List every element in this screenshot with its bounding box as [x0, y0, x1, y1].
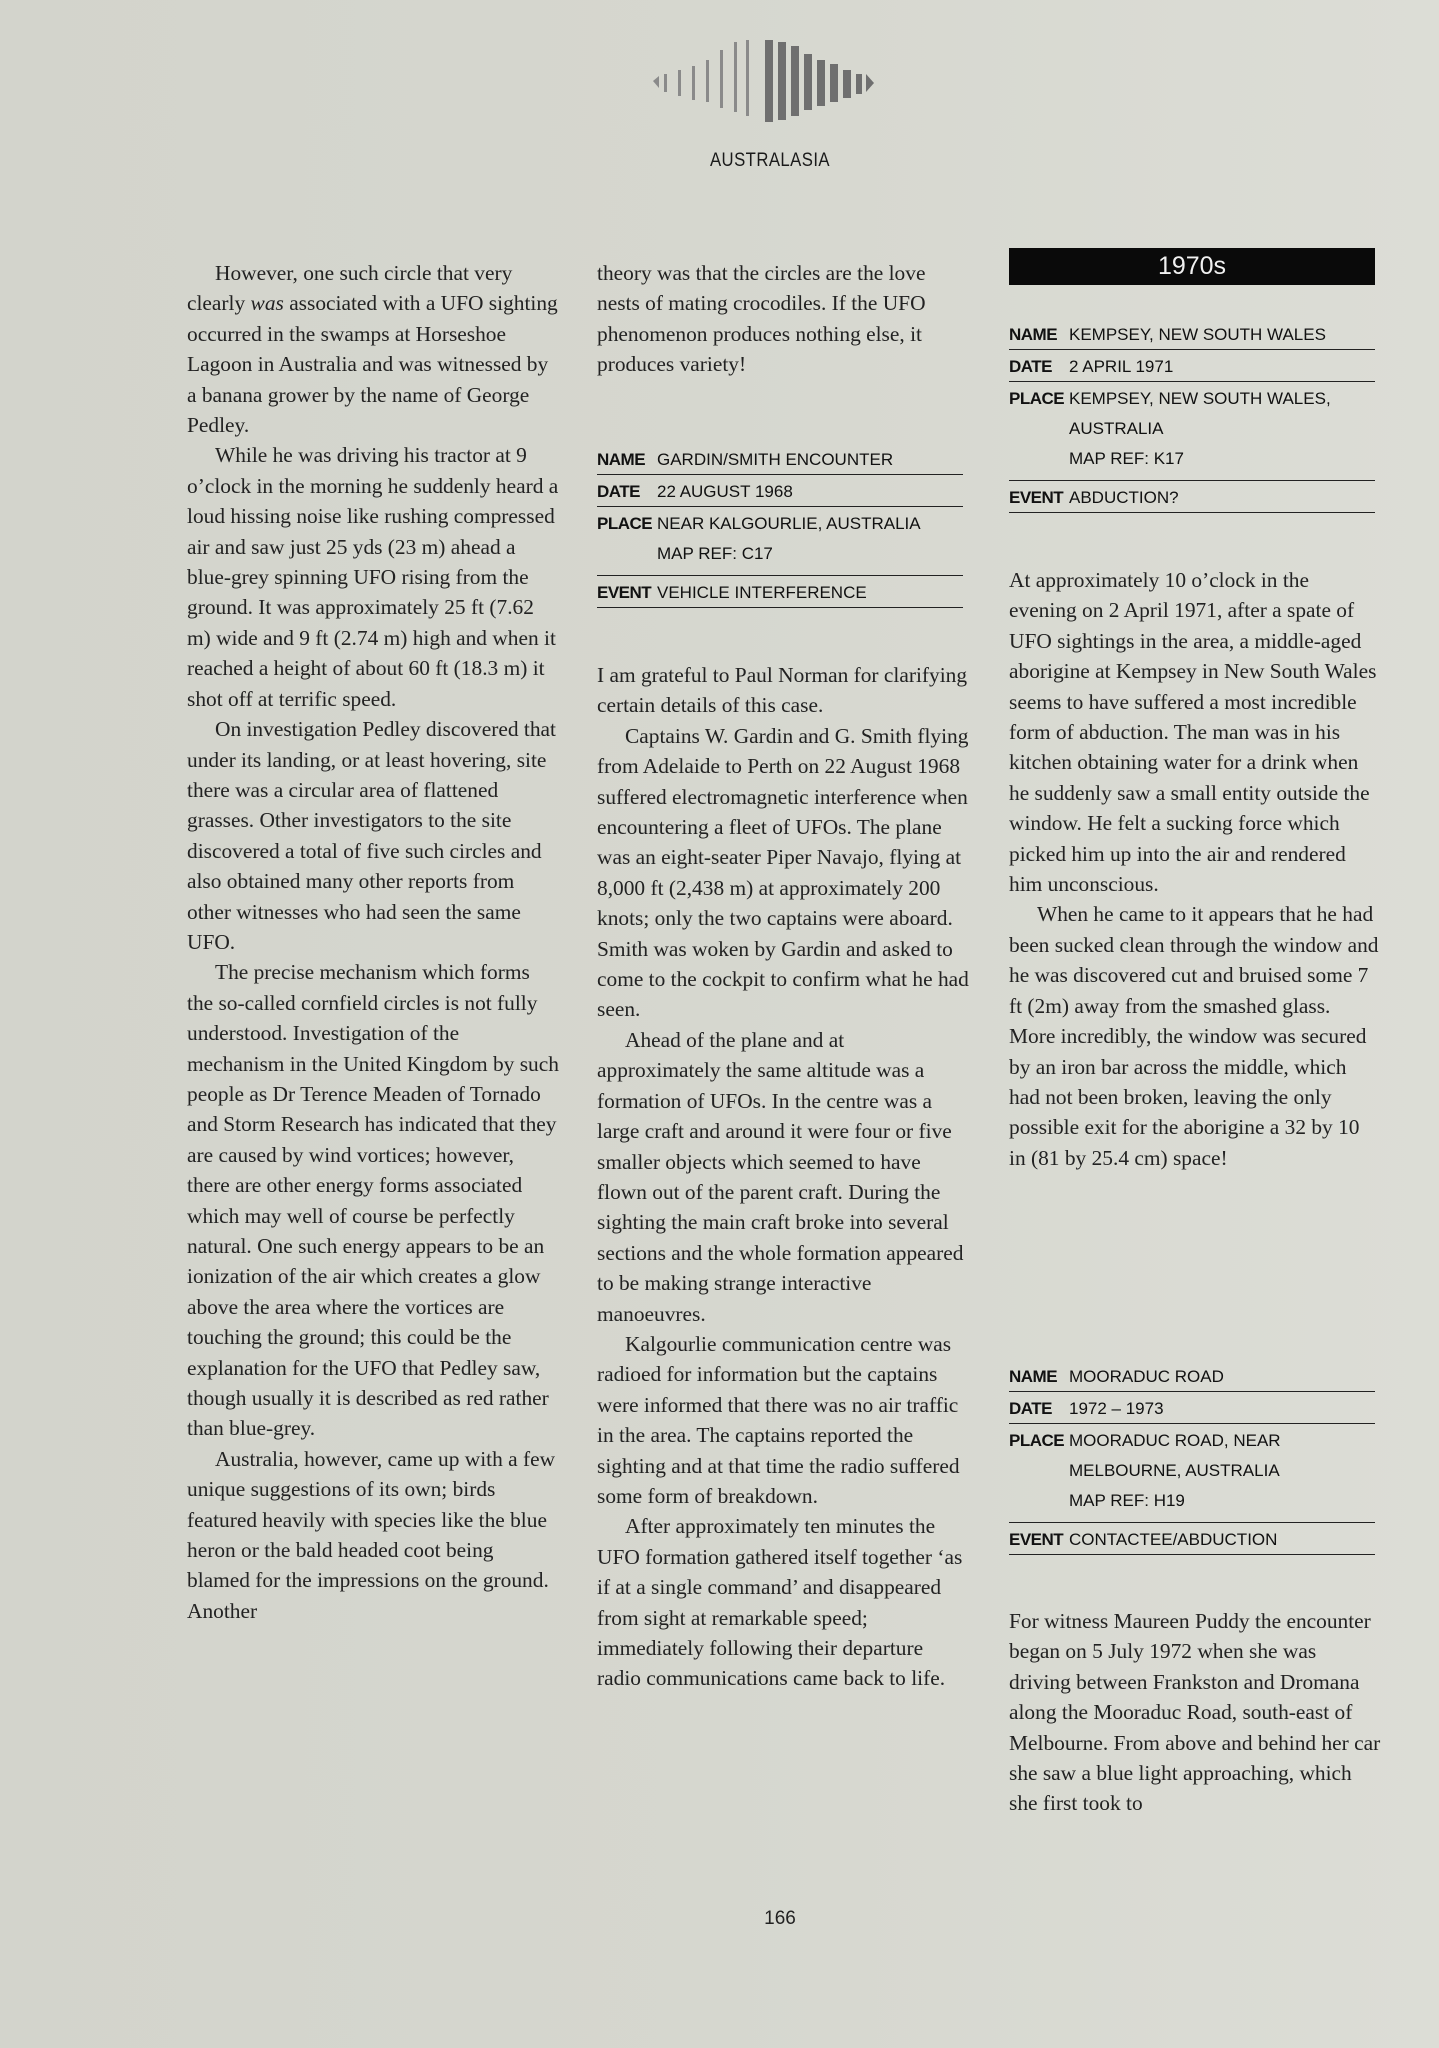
field-label: DATE: [597, 483, 657, 500]
column-3-body-2: For witness Maureen Puddy the encounter …: [1009, 1606, 1381, 1819]
case-map-ref: MAP REF: C17: [657, 539, 921, 569]
paragraph: Ahead of the plane and at approximately …: [597, 1025, 969, 1329]
paragraph: Australia, however, came up with a few u…: [187, 1444, 559, 1626]
column-3-body-1: At approximately 10 o’clock in the eveni…: [1009, 565, 1381, 1173]
field-label: EVENT: [1009, 489, 1069, 506]
case-place: AUSTRALIA: [1069, 414, 1331, 444]
case-date: 22 AUGUST 1968: [657, 483, 793, 500]
field-label: PLACE: [1009, 1432, 1069, 1516]
field-label: NAME: [1009, 326, 1069, 343]
column-1: However, one such circle that very clear…: [187, 258, 559, 1626]
field-label: EVENT: [1009, 1531, 1069, 1548]
paragraph: On investigation Pedley discovered that …: [187, 714, 559, 957]
case-date: 1972 – 1973: [1069, 1400, 1164, 1417]
field-label: PLACE: [1009, 390, 1069, 474]
case-event: ABDUCTION?: [1069, 489, 1179, 506]
paragraph: However, one such circle that very clear…: [187, 258, 559, 440]
case-name: GARDIN/SMITH ENCOUNTER: [657, 451, 893, 468]
case-event-row: EVENTVEHICLE INTERFERENCE: [597, 576, 963, 608]
column-2-body: I am grateful to Paul Norman for clarify…: [597, 660, 969, 1694]
field-label: EVENT: [597, 584, 657, 601]
case-file-kempsey: NAMEKEMPSEY, NEW SOUTH WALES DATE2 APRIL…: [1009, 318, 1375, 513]
paragraph: At approximately 10 o’clock in the eveni…: [1009, 565, 1381, 899]
field-label: NAME: [1009, 1368, 1069, 1385]
case-place-row: PLACENEAR KALGOURLIE, AUSTRALIAMAP REF: …: [597, 507, 963, 576]
decade-banner: 1970s: [1009, 248, 1375, 285]
case-place-row: PLACEKEMPSEY, NEW SOUTH WALES,AUSTRALIAM…: [1009, 382, 1375, 481]
case-place-row: PLACEMOORADUC ROAD, NEARMELBOURNE, AUSTR…: [1009, 1424, 1375, 1523]
case-event-row: EVENTCONTACTEE/ABDUCTION: [1009, 1523, 1375, 1555]
page-number: 166: [740, 1908, 820, 1930]
case-event-row: EVENTABDUCTION?: [1009, 481, 1375, 513]
case-place: NEAR KALGOURLIE, AUSTRALIA: [657, 509, 921, 539]
barcode-wave-icon: [648, 36, 898, 126]
paragraph: theory was that the circles are the love…: [597, 258, 969, 380]
case-name: KEMPSEY, NEW SOUTH WALES: [1069, 326, 1326, 343]
paragraph: While he was driving his tractor at 9 o’…: [187, 440, 559, 714]
case-place: KEMPSEY, NEW SOUTH WALES,: [1069, 384, 1331, 414]
field-label: NAME: [597, 451, 657, 468]
case-event: CONTACTEE/ABDUCTION: [1069, 1531, 1277, 1548]
paragraph: When he came to it appears that he had b…: [1009, 899, 1381, 1173]
case-date-row: DATE1972 – 1973: [1009, 1392, 1375, 1424]
field-label: DATE: [1009, 1400, 1069, 1417]
case-name-row: NAMEKEMPSEY, NEW SOUTH WALES: [1009, 318, 1375, 350]
case-name-row: NAMEGARDIN/SMITH ENCOUNTER: [597, 443, 963, 475]
case-date-row: DATE2 APRIL 1971: [1009, 350, 1375, 382]
paragraph: Kalgourlie communication centre was radi…: [597, 1329, 969, 1511]
emphasis-text: was: [251, 291, 284, 315]
case-file-gardin-smith: NAMEGARDIN/SMITH ENCOUNTER DATE22 AUGUST…: [597, 443, 963, 608]
paragraph: After approximately ten minutes the UFO …: [597, 1511, 969, 1693]
section-title: AUSTRALASIA: [620, 150, 919, 172]
case-date-row: DATE22 AUGUST 1968: [597, 475, 963, 507]
case-event: VEHICLE INTERFERENCE: [657, 584, 867, 601]
case-name-row: NAMEMOORADUC ROAD: [1009, 1360, 1375, 1392]
paragraph: Captains W. Gardin and G. Smith flying f…: [597, 721, 969, 1025]
case-place: MELBOURNE, AUSTRALIA: [1069, 1456, 1281, 1486]
case-map-ref: MAP REF: K17: [1069, 444, 1331, 474]
column-2: theory was that the circles are the love…: [597, 258, 969, 380]
case-map-ref: MAP REF: H19: [1069, 1486, 1281, 1516]
field-label: DATE: [1009, 358, 1069, 375]
paragraph: I am grateful to Paul Norman for clarify…: [597, 660, 969, 721]
case-place: MOORADUC ROAD, NEAR: [1069, 1426, 1281, 1456]
paragraph: The precise mechanism which forms the so…: [187, 957, 559, 1444]
case-name: MOORADUC ROAD: [1069, 1368, 1224, 1385]
paragraph: For witness Maureen Puddy the encounter …: [1009, 1606, 1381, 1819]
field-label: PLACE: [597, 515, 657, 569]
case-date: 2 APRIL 1971: [1069, 358, 1173, 375]
case-file-mooraduc: NAMEMOORADUC ROAD DATE1972 – 1973 PLACEM…: [1009, 1360, 1375, 1555]
